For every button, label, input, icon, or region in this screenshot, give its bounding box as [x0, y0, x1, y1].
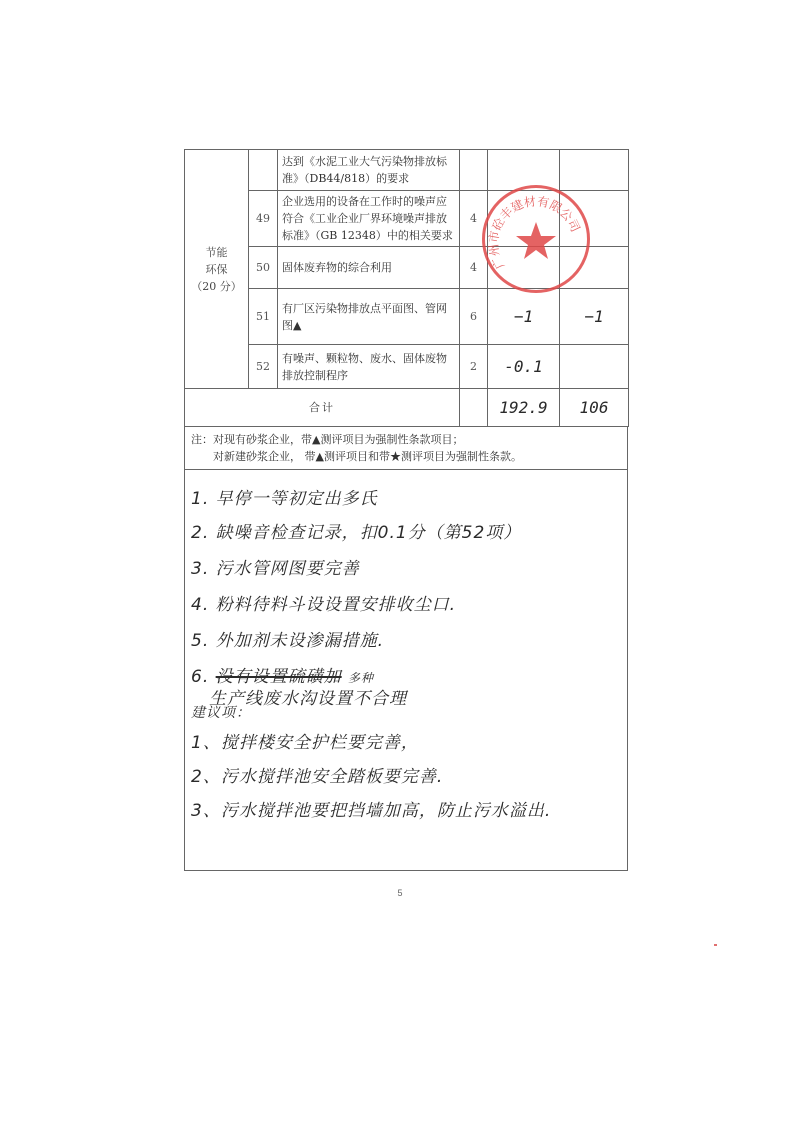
item-number: 49 — [249, 191, 278, 247]
total-row: 合计 192.9 106 — [185, 389, 629, 427]
item-description: 有厂区污染物排放点平面图、管网图▲ — [278, 289, 460, 345]
item-description: 有噪声、颗粒物、废水、固体废物排放控制程序 — [278, 345, 460, 389]
evaluation-table: 节能 环保 （20 分） 达到《水泥工业大气污染物排放标准》（DB44/818）… — [184, 149, 629, 427]
self-eval-score — [488, 150, 560, 191]
self-eval-score — [488, 247, 560, 289]
suggestions-title: 建议项： — [191, 702, 251, 722]
category-points: （20 分） — [189, 278, 244, 295]
comment-item: 1. 早停一等初定出多氏 — [191, 484, 378, 509]
footnote-line: 对新建砂浆企业， 带▲测评项目和带★测评项目为强制性条款。 — [191, 448, 621, 465]
review-score — [560, 247, 629, 289]
total-score — [460, 389, 488, 427]
table-row: 51 有厂区污染物排放点平面图、管网图▲ 6 −1 −1 — [185, 289, 629, 345]
item-description: 企业选用的设备在工作时的噪声应符合《工业企业厂界环境噪声排放标准》（GB 123… — [278, 191, 460, 247]
inserted-text: 多种 — [348, 671, 374, 685]
table-row: 52 有噪声、颗粒物、废水、固体废物排放控制程序 2 -0.1 — [185, 345, 629, 389]
self-eval-score: −1 — [488, 289, 560, 345]
self-eval-score — [488, 191, 560, 247]
item-score: 4 — [460, 191, 488, 247]
comment-item-number: 6. — [191, 667, 209, 687]
table-row: 49 企业选用的设备在工作时的噪声应符合《工业企业厂界环境噪声排放标准》（GB … — [185, 191, 629, 247]
comment-item: 3. 污水管网图要完善 — [191, 554, 360, 579]
item-number: 52 — [249, 345, 278, 389]
suggestion-item: 1、搅拌楼安全护栏要完善， — [191, 728, 419, 753]
review-score — [560, 150, 629, 191]
footnote: 注：对现有砂浆企业，带▲测评项目为强制性条款项目； 对新建砂浆企业， 带▲测评项… — [184, 427, 628, 470]
comment-item: 5. 外加剂未设渗漏措施. — [191, 626, 384, 651]
item-description: 固体废弃物的综合利用 — [278, 247, 460, 289]
self-eval-score: -0.1 — [488, 345, 560, 389]
category-cell: 节能 环保 （20 分） — [185, 150, 249, 389]
category-label: 节能 — [189, 244, 244, 261]
item-number — [249, 150, 278, 191]
total-label: 合计 — [185, 389, 460, 427]
page-number: 5 — [0, 888, 800, 898]
category-label: 环保 — [189, 261, 244, 278]
review-score — [560, 191, 629, 247]
suggestion-item: 2、污水搅拌池安全踏板要完善. — [191, 762, 443, 787]
item-number: 50 — [249, 247, 278, 289]
comment-item: 2. 缺噪音检查记录，扣0.1分（第52项） — [191, 518, 521, 543]
review-score: −1 — [560, 289, 629, 345]
review-score — [560, 345, 629, 389]
suggestion-item: 3、污水搅拌池要把挡墙加高，防止污水溢出. — [191, 796, 551, 821]
total-self-eval: 192.9 — [488, 389, 560, 427]
item-score — [460, 150, 488, 191]
scan-artifact — [714, 944, 717, 946]
item-score: 6 — [460, 289, 488, 345]
evaluation-sheet: 节能 环保 （20 分） 达到《水泥工业大气污染物排放标准》（DB44/818）… — [184, 149, 628, 871]
item-description: 达到《水泥工业大气污染物排放标准》（DB44/818）的要求 — [278, 150, 460, 191]
table-row: 50 固体废弃物的综合利用 4 — [185, 247, 629, 289]
table-row: 节能 环保 （20 分） 达到《水泥工业大气污染物排放标准》（DB44/818）… — [185, 150, 629, 191]
total-review: 106 — [560, 389, 629, 427]
comment-item: 4. 粉料待料斗设设置安排收尘口. — [191, 590, 456, 615]
footnote-line: 注：对现有砂浆企业，带▲测评项目为强制性条款项目； — [191, 431, 621, 448]
item-number: 51 — [249, 289, 278, 345]
item-score: 2 — [460, 345, 488, 389]
item-score: 4 — [460, 247, 488, 289]
handwritten-comments: 1. 早停一等初定出多氏 2. 缺噪音检查记录，扣0.1分（第52项） 3. 污… — [184, 470, 628, 871]
